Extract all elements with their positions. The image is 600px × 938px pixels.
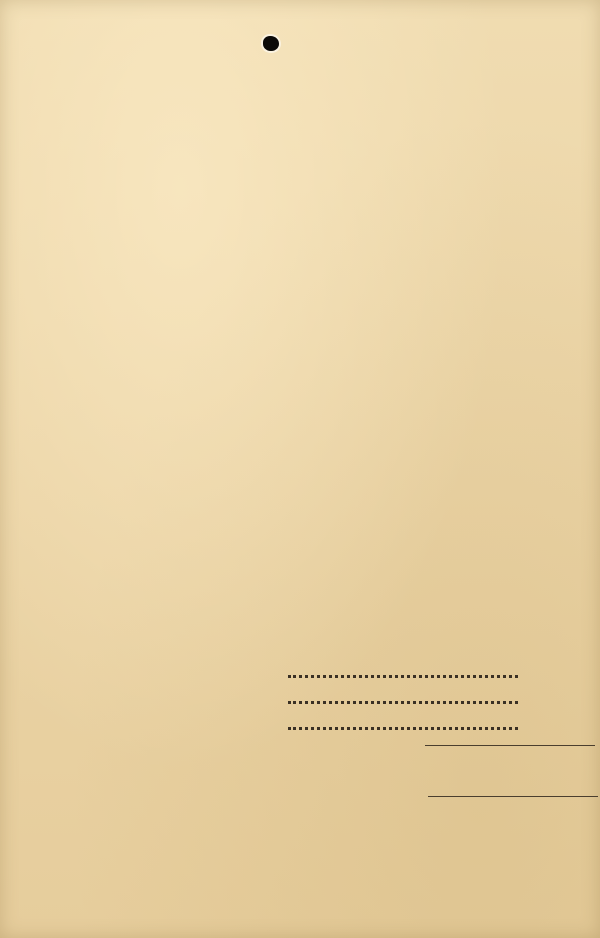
ledger-total-rule [428, 796, 598, 797]
postcard [0, 0, 600, 938]
ledger-row [8, 689, 593, 717]
ledger-leader-dots [288, 701, 518, 704]
ledger-leader-dots [288, 675, 518, 678]
ledger-sum-rule [425, 745, 595, 746]
ledger-row [8, 663, 593, 691]
ledger-row [8, 715, 593, 743]
ledger-leader-dots [288, 727, 518, 730]
punched-hole [263, 36, 279, 51]
